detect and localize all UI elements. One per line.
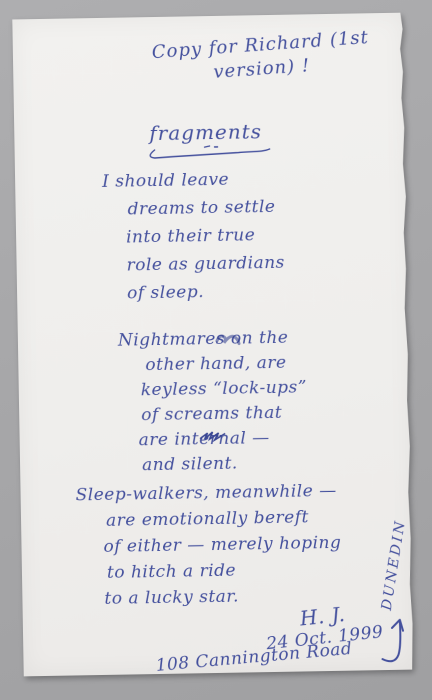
header-note: Copy for Richard (1st version) ! xyxy=(12,25,406,97)
address: 108 Cannington Road xyxy=(155,639,353,676)
correction-scribble-icon xyxy=(199,430,227,442)
poem-line: of sleep. xyxy=(127,275,409,308)
poem-line: and silent. xyxy=(142,449,412,479)
ink-overwrite-mark xyxy=(214,329,242,347)
paper-wrapper: Copy for Richard (1st version) ! fragmen… xyxy=(12,13,415,677)
paper-sheet: Copy for Richard (1st version) ! fragmen… xyxy=(12,13,415,677)
poem-stanza-3: Sleep-walkers, meanwhile — are emotional… xyxy=(20,477,414,614)
up-arrow-icon xyxy=(373,611,410,666)
poem-stanza-2: Nightmares on the other hand, are keyles… xyxy=(18,324,413,481)
poem-stanza-1: I should leave dreams to settle into the… xyxy=(15,163,409,310)
poem-line: to a lucky star. xyxy=(104,581,414,612)
underline-flourish-icon xyxy=(143,143,273,161)
photo-background: Copy for Richard (1st version) ! fragmen… xyxy=(0,0,432,700)
note-title: fragments xyxy=(149,119,262,145)
